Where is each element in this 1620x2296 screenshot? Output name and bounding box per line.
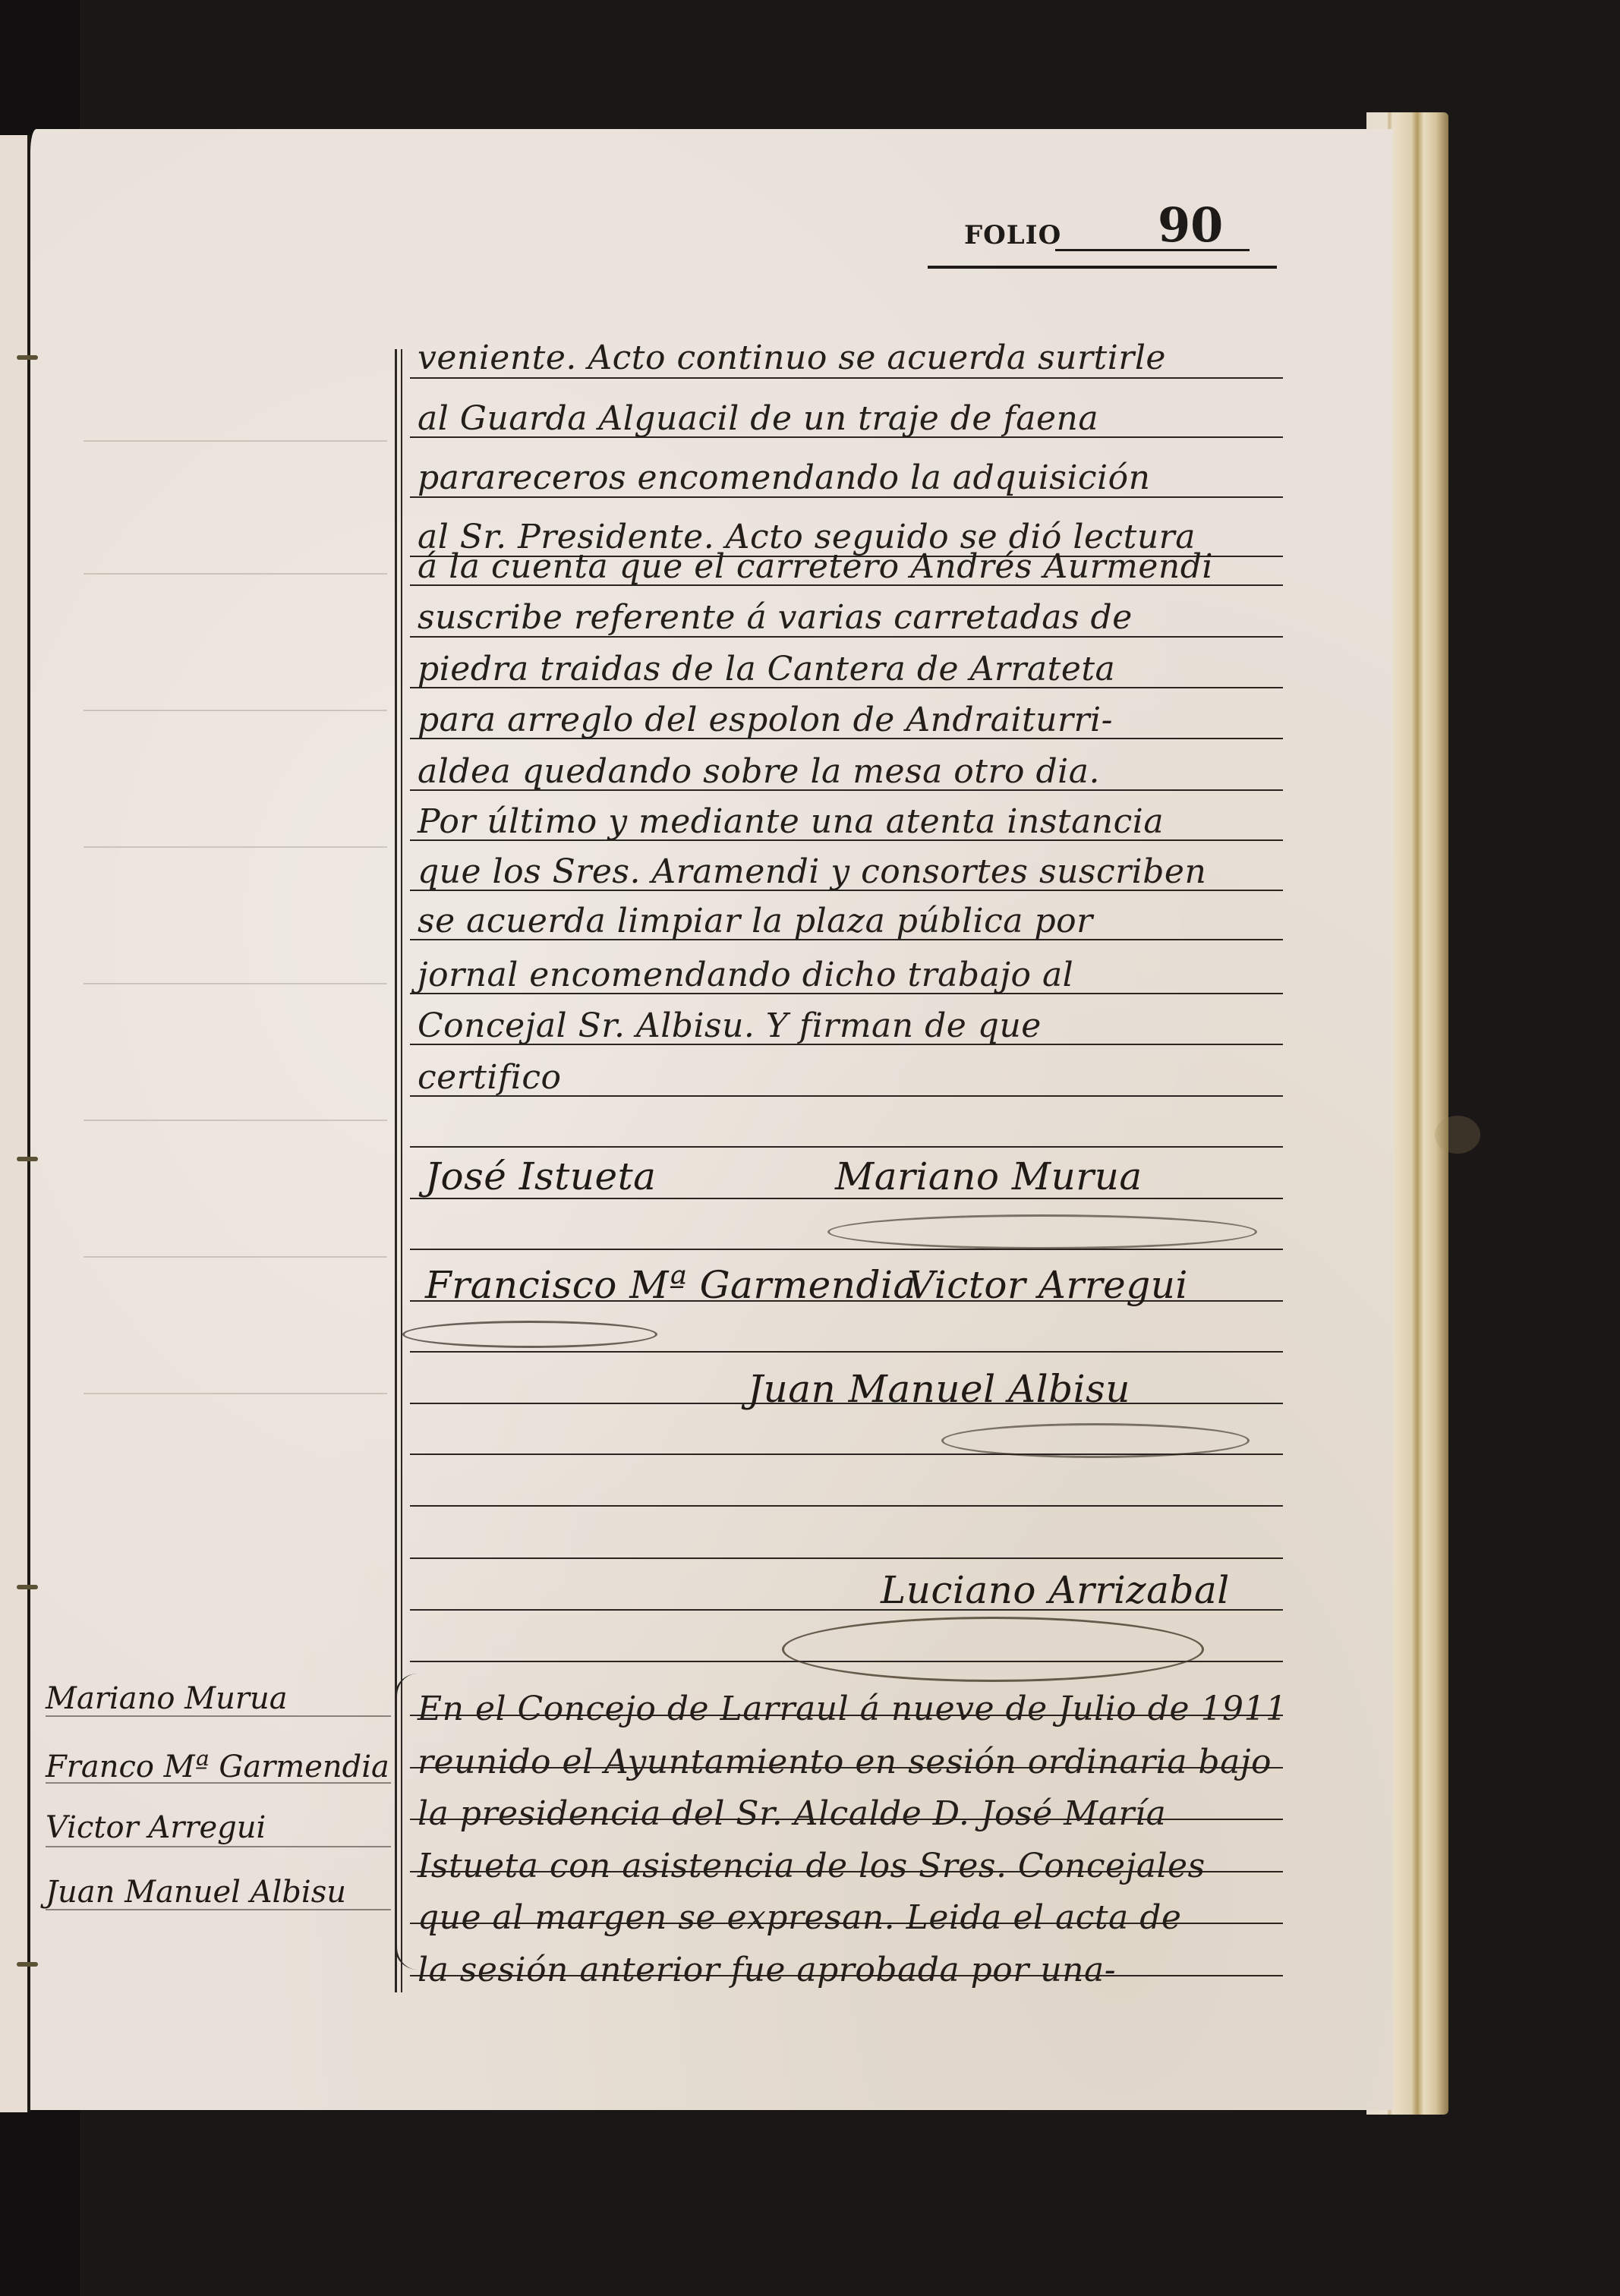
folio-number: 90 xyxy=(1158,197,1223,253)
bleed-through-line xyxy=(84,710,387,711)
body-line: Concejal Sr. Albisu. Y firman de que xyxy=(418,1009,1291,1043)
margin-ruled-line xyxy=(46,1782,391,1784)
header-rule xyxy=(928,266,1277,269)
folio-label: FOLIO xyxy=(964,220,1061,250)
margin-ruled-line xyxy=(46,1909,391,1910)
signature-jose-istueta: José Istueta xyxy=(425,1157,805,1195)
stain xyxy=(1435,1116,1480,1154)
ruled-line xyxy=(410,1249,1283,1250)
margin-brace xyxy=(395,1674,420,1970)
bleed-through-line xyxy=(84,440,387,442)
left-page-edge xyxy=(0,135,30,2112)
signature-francisco-garmendia: Francisco Mª Garmendia xyxy=(425,1266,881,1304)
bleed-through-line xyxy=(84,983,387,984)
bleed-through-line xyxy=(84,846,387,848)
bleed-through-line xyxy=(84,1393,387,1394)
body-line: aldea quedando sobre la mesa otro dia. xyxy=(418,755,1291,789)
margin-ruled-line xyxy=(46,1715,391,1717)
entry-line: la presidencia del Sr. Alcalde D. José M… xyxy=(418,1797,1291,1831)
ruled-line xyxy=(410,1146,1283,1148)
body-line: veniente. Acto continuo se acuerda surti… xyxy=(418,342,1291,375)
binding-stitch xyxy=(17,1962,38,1967)
ruled-line xyxy=(410,377,1283,379)
binding-thread xyxy=(27,135,30,2112)
binding-stitch xyxy=(17,1585,38,1589)
folio-header: FOLIO 90 xyxy=(964,203,1253,257)
body-line: certifico xyxy=(418,1061,1291,1094)
body-line: suscribe referente á varias carretadas d… xyxy=(418,601,1291,635)
entry-line: la sesión anterior fue aprobada por una- xyxy=(418,1954,1291,1987)
ruled-line xyxy=(410,1351,1283,1353)
bleed-through-line xyxy=(84,573,387,575)
bleed-through-line xyxy=(84,1120,387,1121)
body-line: que los Sres. Aramendi y consortes suscr… xyxy=(418,855,1291,889)
signature-mariano-murua: Mariano Murua xyxy=(835,1157,1291,1195)
body-line: á la cuenta que el carretero Andrés Aurm… xyxy=(418,550,1291,584)
body-line: para arreglo del espolon de Andraiturri- xyxy=(418,704,1291,737)
margin-name: Victor Arregui xyxy=(46,1810,395,1845)
binding-stitch xyxy=(17,1157,38,1161)
ruled-line xyxy=(410,1557,1283,1559)
entry-line: En el Concejo de Larraul á nueve de Juli… xyxy=(418,1693,1291,1726)
signature-flourish xyxy=(402,1321,657,1348)
body-line: piedra traidas de la Cantera de Arrateta xyxy=(418,653,1291,686)
ruled-line xyxy=(410,1505,1283,1507)
signature-juan-manuel-albisu: Juan Manuel Albisu xyxy=(748,1370,1203,1408)
margin-name: Franco Mª Garmendia xyxy=(46,1750,395,1784)
signature-victor-arregui: Victor Arregui xyxy=(907,1266,1211,1304)
signature-flourish xyxy=(941,1423,1250,1458)
binding-stitch xyxy=(17,355,38,360)
entry-line: reunido el Ayuntamiento en sesión ordina… xyxy=(418,1746,1291,1779)
entry-line: que al margen se expresan. Leida el acta… xyxy=(418,1901,1291,1935)
body-line: se acuerda limpiar la plaza pública por xyxy=(418,905,1291,938)
margin-ruled-line xyxy=(46,1846,391,1847)
margin-name: Mariano Murua xyxy=(46,1681,395,1716)
bleed-through-line xyxy=(84,1256,387,1258)
body-line: jornal encomendando dicho trabajo al xyxy=(418,959,1291,992)
entry-line: Istueta con asistencia de los Sres. Conc… xyxy=(418,1850,1291,1883)
signature-flourish xyxy=(782,1617,1204,1682)
signature-luciano-arrizabal: Luciano Arrizabal xyxy=(881,1571,1260,1609)
body-line: al Guarda Alguacil de un traje de faena xyxy=(418,402,1291,436)
body-line: Por último y mediante una atenta instanc… xyxy=(418,805,1291,839)
signature-flourish xyxy=(827,1214,1257,1249)
body-line: parareceros encomendando la adquisición xyxy=(418,461,1291,495)
margin-name: Juan Manuel Albisu xyxy=(46,1875,395,1910)
